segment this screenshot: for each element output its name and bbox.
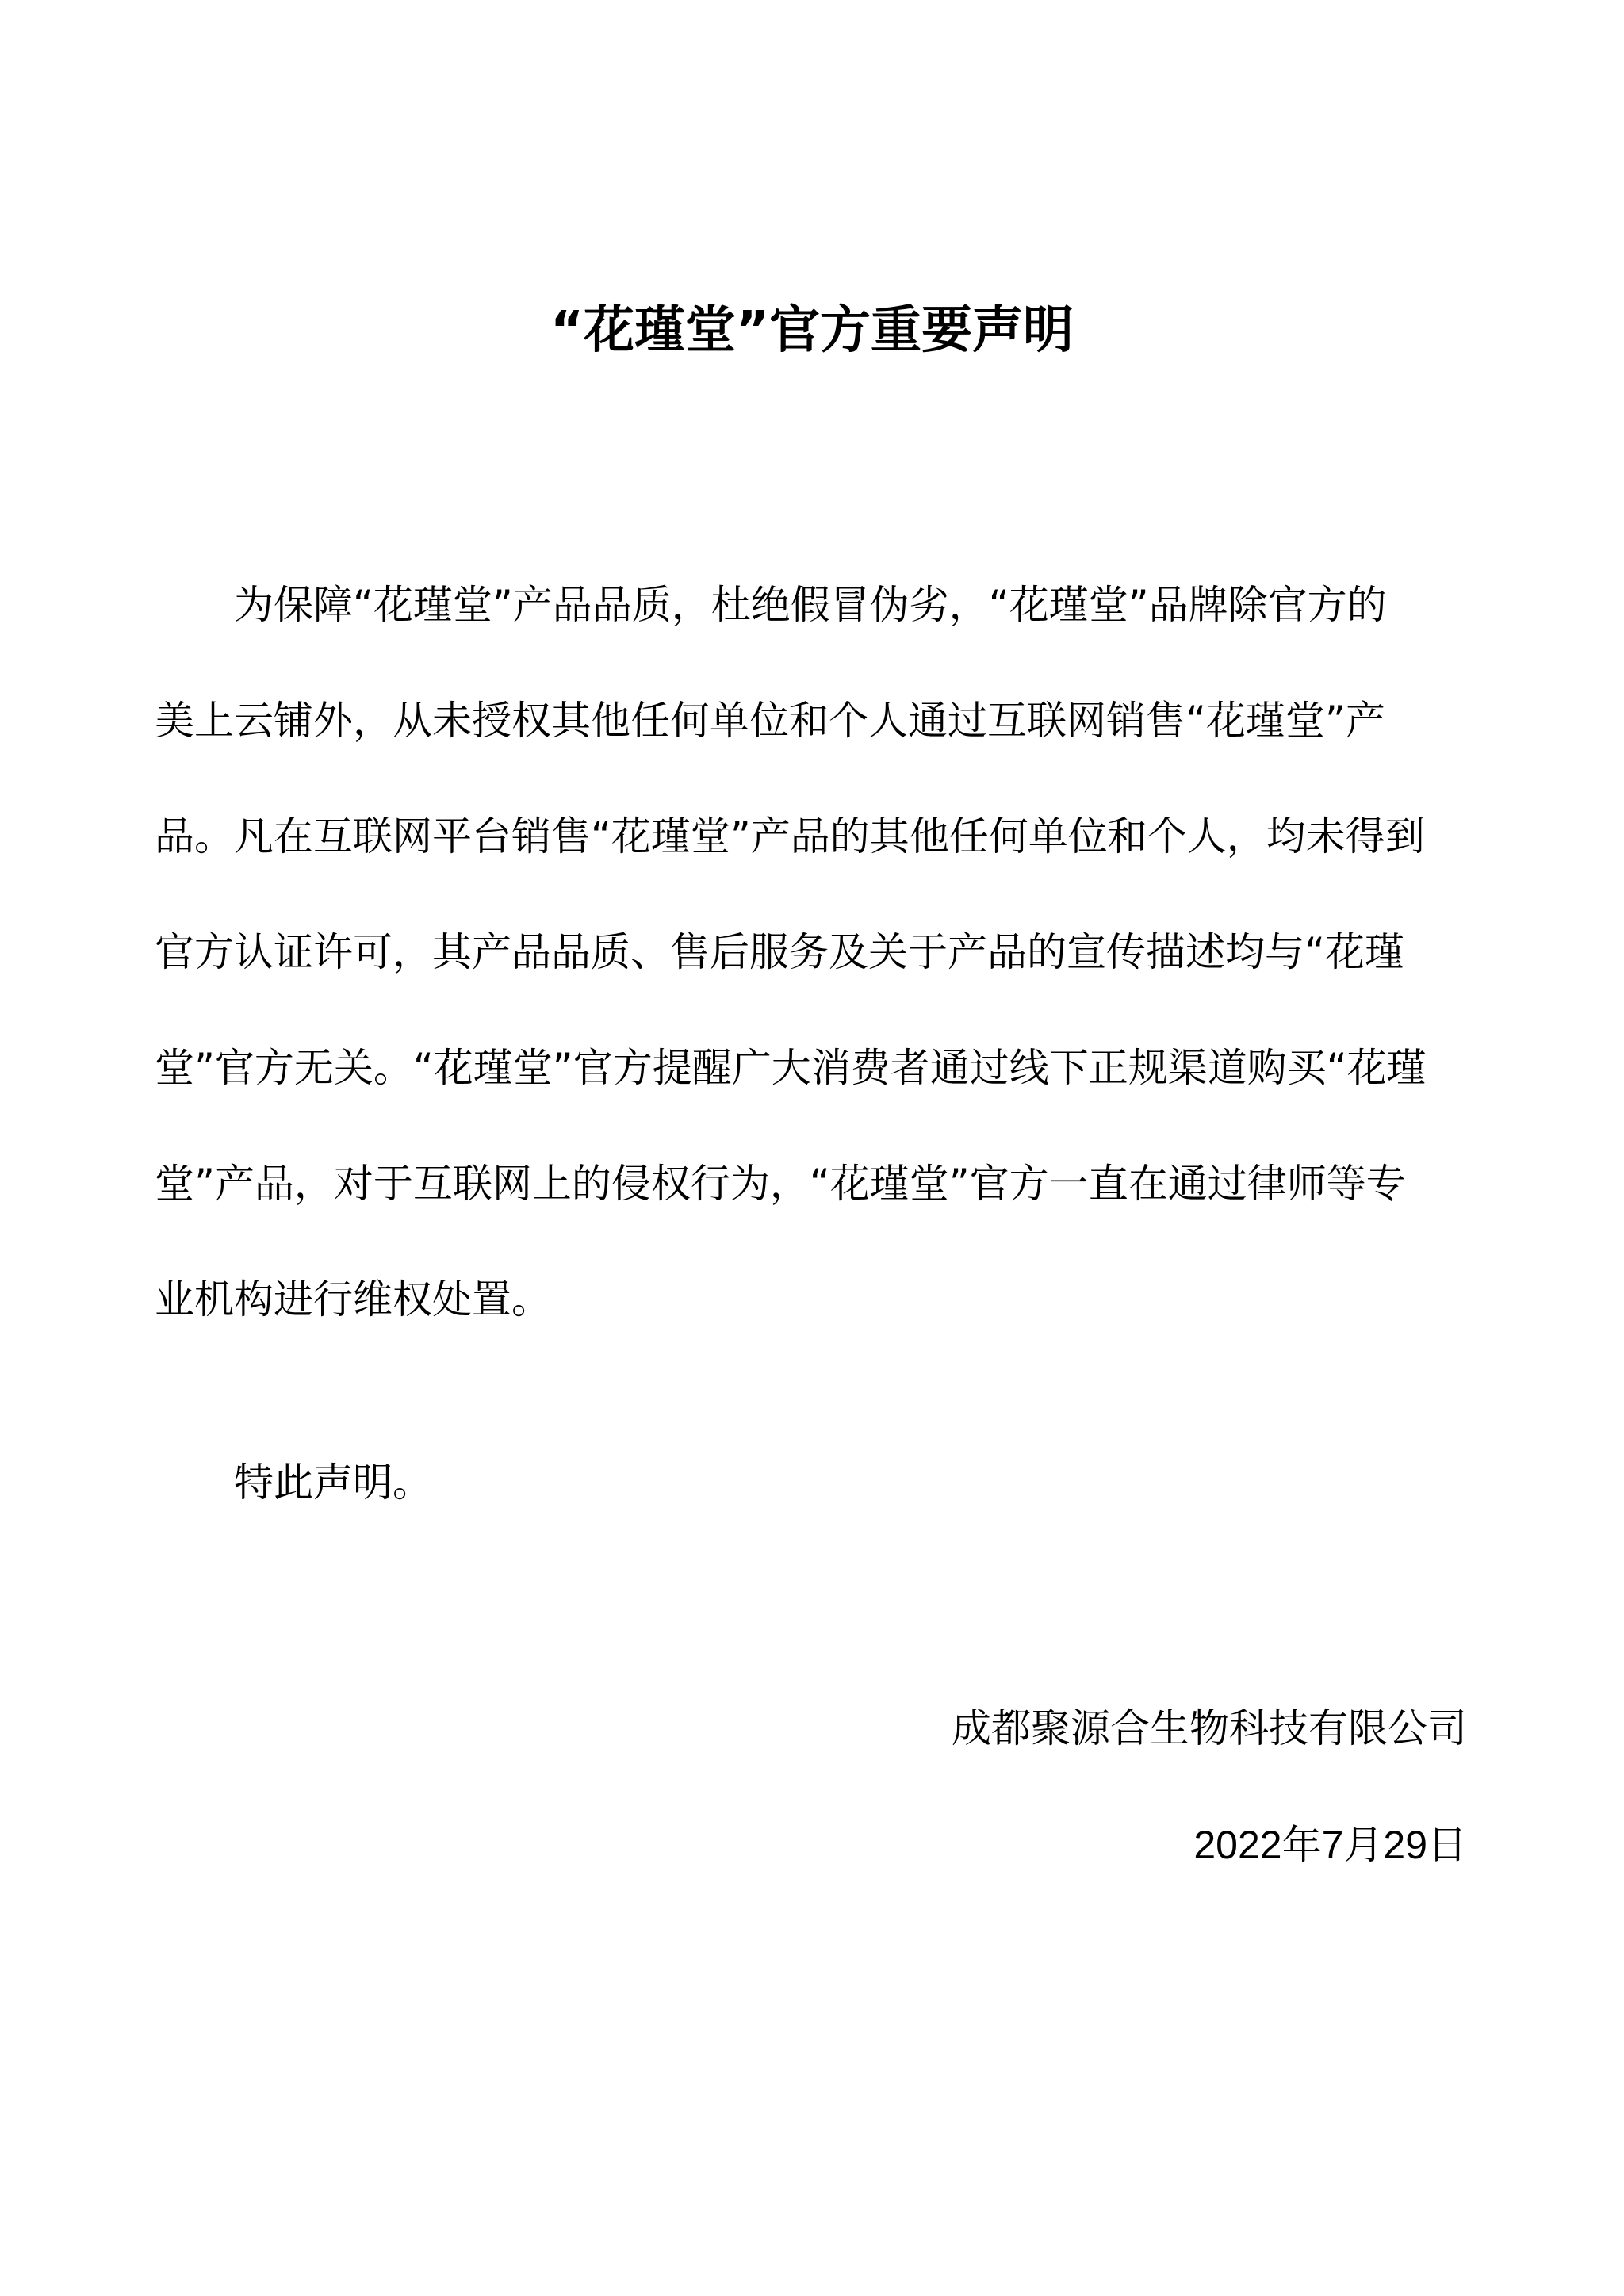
body-line: 堂”官方无关。“花瑾堂”官方提醒广大消费者通过线下正规渠道购买“花瑾 [155, 1010, 1471, 1126]
document-title: “花瑾堂”官方重要声明 [0, 295, 1624, 366]
body-line: 堂”产品，对于互联网上的侵权行为，“花瑾堂”官方一直在通过律师等专 [155, 1126, 1471, 1242]
body-line: 为保障“花瑾堂”产品品质，杜绝假冒伪劣，“花瑾堂”品牌除官方的 [155, 547, 1471, 663]
body-line: 品。凡在互联网平台销售“花瑾堂”产品的其他任何单位和个人，均未得到 [155, 779, 1471, 894]
statement-body: 为保障“花瑾堂”产品品质，杜绝假冒伪劣，“花瑾堂”品牌除官方的 美上云铺外，从未… [155, 547, 1471, 1357]
body-line: 美上云铺外，从未授权其他任何单位和个人通过互联网销售“花瑾堂”产 [155, 663, 1471, 779]
closing-statement: 特此声明。 [234, 1451, 432, 1514]
company-signature: 成都聚源合生物科技有限公司 [952, 1697, 1467, 1760]
body-line: 官方认证许可，其产品品质、售后服务及关于产品的宣传描述均与“花瑾 [155, 894, 1471, 1010]
body-line: 业机构进行维权处置。 [155, 1242, 1471, 1357]
statement-date: 2022年7月29日 [1193, 1813, 1467, 1877]
